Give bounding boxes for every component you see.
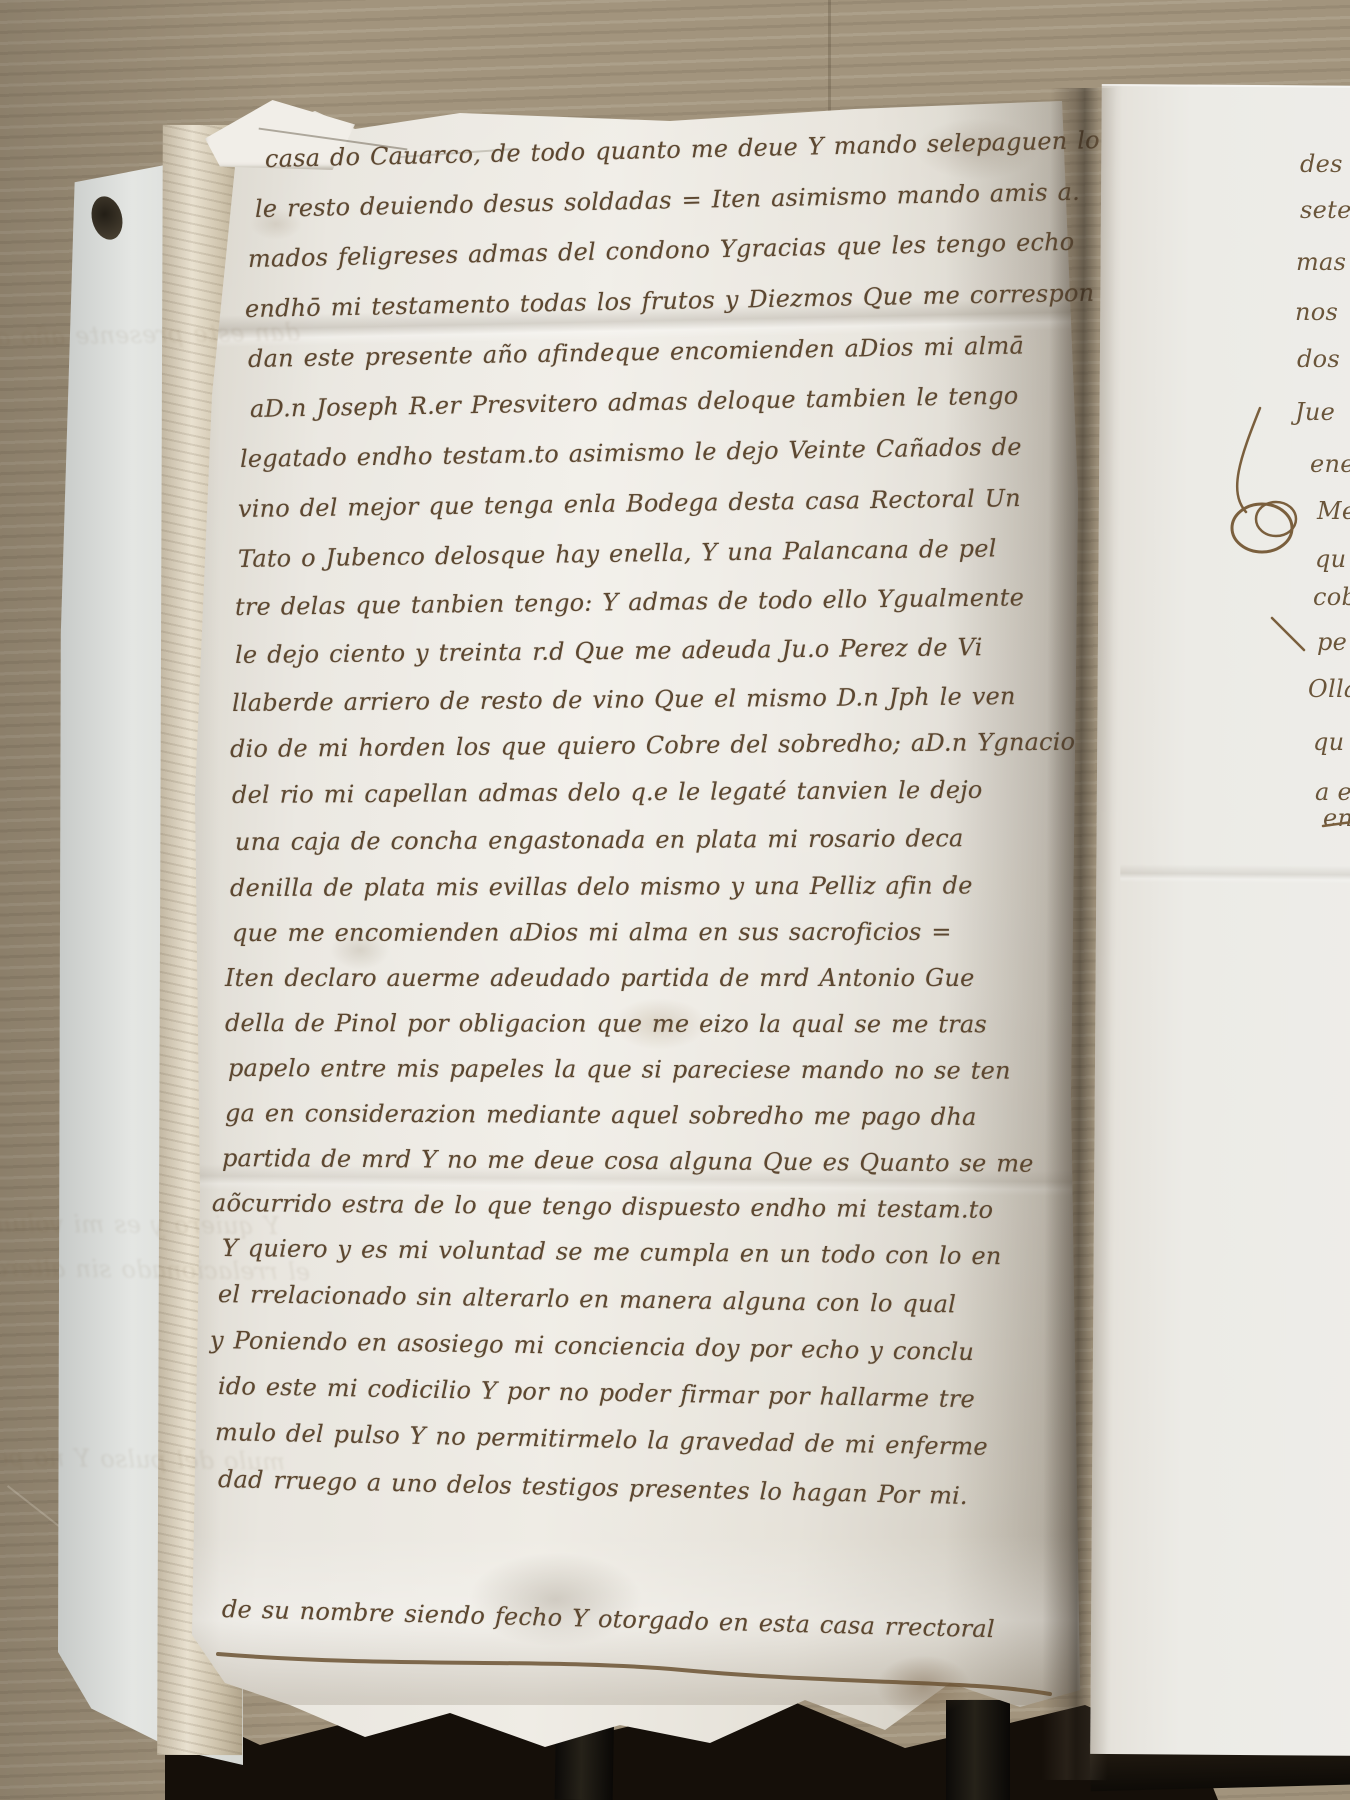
right-page-fragment: sete: [1300, 196, 1350, 224]
gutter-fold-shadow: [1042, 88, 1117, 1780]
photo-of-manuscript: { "document": { "left_page": { "lines": …: [0, 0, 1350, 1800]
manuscript-line-21: ga en considerazion mediante aquel sobre…: [225, 1099, 977, 1131]
right-page-fragment: mas: [1296, 248, 1346, 276]
manuscript-line-18: Iten declaro auerme adeudado partida de …: [225, 964, 975, 992]
manuscript-line-15: una caja de concha engastonada en plata …: [235, 824, 964, 856]
manuscript-line-22: partida de mrd Y no me deue cosa alguna …: [222, 1144, 1034, 1178]
manuscript-line-17: que me encomienden aDios mi alma en sus …: [232, 918, 952, 947]
manuscript-line-19: della de Pinol por obligacion que me eiz…: [225, 1009, 987, 1038]
manuscript-line-20: papelo entre mis papeles la que si parec…: [228, 1054, 1011, 1085]
manuscript-line-16: denilla de plata mis evillas delo mismo …: [230, 871, 973, 902]
underline-flourish: [212, 1638, 1062, 1718]
right-page-fragment: nos: [1295, 298, 1338, 326]
manuscript-right-page: [1090, 84, 1350, 1756]
right-page-fragment: dos: [1297, 345, 1340, 373]
manuscript-line-14: del rio mi capellan admas delo q.e le le…: [232, 776, 983, 809]
cardboard-crease: [828, 0, 831, 112]
ink-doodle: [1180, 400, 1350, 850]
right-page-fragment: des: [1300, 150, 1343, 178]
paper-crease: [1120, 864, 1350, 884]
